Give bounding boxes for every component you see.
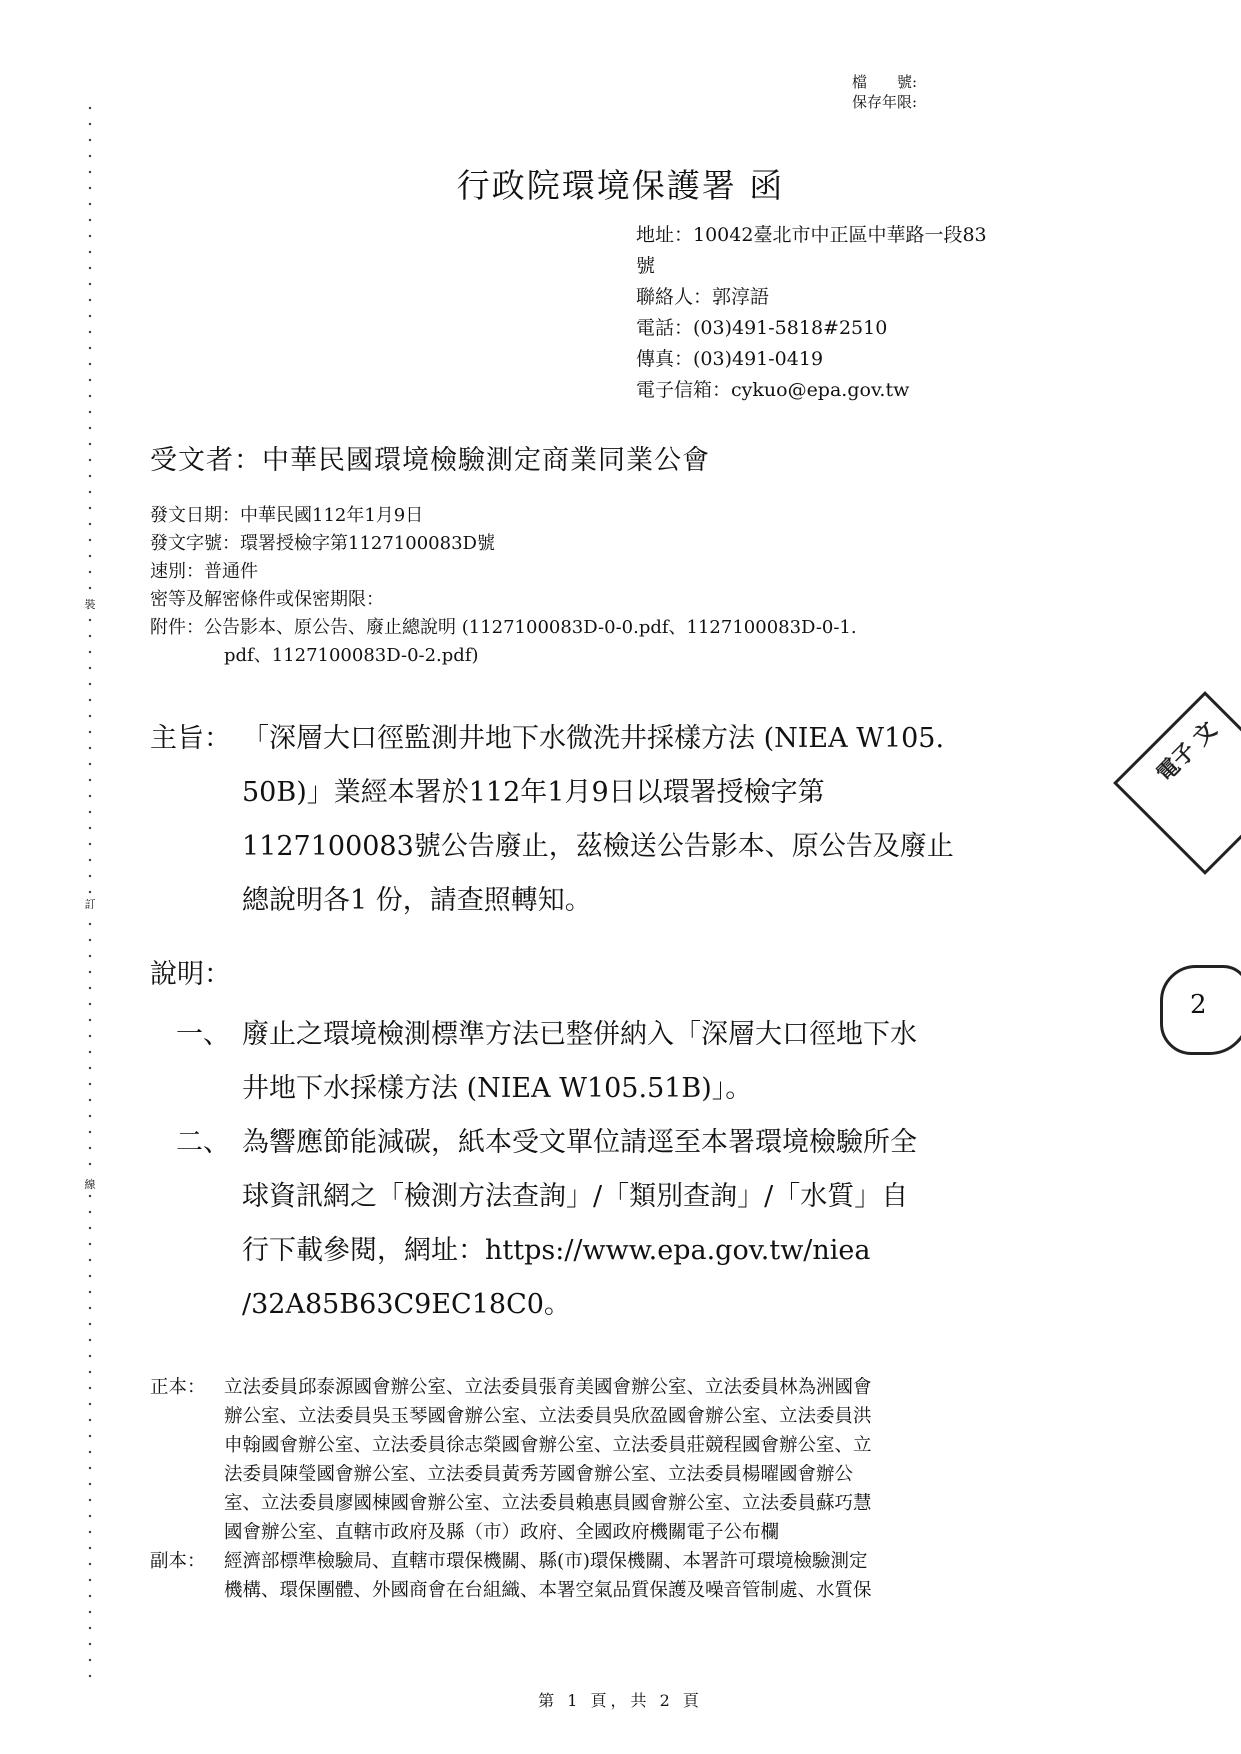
attachment-line1: 附件：公告影本、原公告、廢止總說明 (1127100083D-0-0.pdf、1… bbox=[150, 614, 1090, 642]
binding-label-xian: 線 bbox=[80, 1178, 100, 1192]
subject-line: 1127100083號公告廢止，茲檢送公告影本、原公告及廢止 bbox=[242, 820, 1090, 874]
subject-line: 「深層大口徑監測井地下水微洗井採樣方法 (NIEA W105. bbox=[242, 712, 1090, 766]
copy-label: 副本： bbox=[150, 1547, 206, 1576]
secrecy-level: 密等及解密條件或保密期限： bbox=[150, 586, 1090, 614]
speed-class: 速別：普通件 bbox=[150, 558, 1090, 586]
subject-line: 50B)」業經本署於112年1月9日以環署授檢字第 bbox=[242, 766, 1090, 820]
document-title: 行政院環境保護署 函 bbox=[0, 160, 1241, 207]
distribution-section: 正本： 立法委員邱泰源國會辦公室、立法委員張育美國會辦公室、立法委員林為洲國會 … bbox=[150, 1373, 1110, 1605]
original-line: 室、立法委員廖國棟國會辦公室、立法委員賴惠員國會辦公室、立法委員蘇巧慧 bbox=[224, 1489, 1110, 1518]
original-line: 國會辦公室、直轄市政府及縣（市）政府、全國政府機關電子公布欄 bbox=[224, 1518, 1110, 1547]
explanation-item: 二、 為響應節能減碳，紙本受文單位請逕至本署環境檢驗所全 球資訊網之「檢測方法查… bbox=[150, 1116, 1090, 1332]
retention-label: 保存年限: bbox=[852, 92, 917, 112]
copy-recipients: 副本： 經濟部標準檢驗局、直轄市環保機關、縣(市)環保機關、本署許可環境檢驗測定… bbox=[150, 1547, 1110, 1605]
explanation-item-number: 二、 bbox=[176, 1116, 230, 1170]
sender-email: 電子信箱：cykuo@epa.gov.tw bbox=[636, 375, 1076, 406]
document-meta: 發文日期：中華民國112年1月9日 發文字號：環署授檢字第1127100083D… bbox=[150, 502, 1090, 670]
original-recipients: 正本： 立法委員邱泰源國會辦公室、立法委員張育美國會辦公室、立法委員林為洲國會 … bbox=[150, 1373, 1110, 1547]
sender-address-line1: 地址：10042臺北市中正區中華路一段83 bbox=[636, 220, 1076, 251]
document-number: 發文字號：環署授檢字第1127100083D號 bbox=[150, 530, 1090, 558]
sender-phone: 電話：(03)491-5818#2510 bbox=[636, 313, 1076, 344]
explanation-url-line[interactable]: /32A85B63C9EC18C0。 bbox=[242, 1278, 1090, 1332]
explanation-item-number: 一、 bbox=[176, 1008, 230, 1062]
subject-label: 主旨： bbox=[150, 712, 231, 766]
file-meta: 檔 號: 保存年限: bbox=[852, 72, 917, 112]
explanation-item: 一、 廢止之環境檢測標準方法已整併納入「深層大口徑地下水 井地下水採樣方法 (N… bbox=[150, 1008, 1090, 1116]
original-line: 立法委員邱泰源國會辦公室、立法委員張育美國會辦公室、立法委員林為洲國會 bbox=[224, 1373, 1110, 1402]
explanation-section: 一、 廢止之環境檢測標準方法已整併納入「深層大口徑地下水 井地下水採樣方法 (N… bbox=[150, 1008, 1090, 1332]
sender-fax: 傳真：(03)491-0419 bbox=[636, 344, 1076, 375]
copy-line: 機構、環保團體、外國商會在台組織、本署空氣品質保護及噪音管制處、水質保 bbox=[224, 1576, 1110, 1605]
sender-contact: 聯絡人：郭淳語 bbox=[636, 282, 1076, 313]
attachment-line2: pdf、1127100083D-0-2.pdf) bbox=[150, 642, 1090, 670]
explanation-line: 為響應節能減碳，紙本受文單位請逕至本署環境檢驗所全 bbox=[242, 1116, 1090, 1170]
binding-margin-dots bbox=[88, 100, 92, 1690]
page-indicator: 第 1 頁，共 2 頁 bbox=[0, 1688, 1241, 1711]
recipient: 受文者：中華民國環境檢驗測定商業同業公會 bbox=[150, 438, 710, 477]
subject-section: 主旨： 「深層大口徑監測井地下水微洗井採樣方法 (NIEA W105. 50B)… bbox=[150, 712, 1090, 928]
copy-line: 經濟部標準檢驗局、直轄市環保機關、縣(市)環保機關、本署許可環境檢驗測定 bbox=[224, 1547, 1110, 1576]
binding-label-ding: 訂 bbox=[80, 898, 100, 912]
explanation-line: 井地下水採樣方法 (NIEA W105.51B)」。 bbox=[242, 1062, 1090, 1116]
explanation-line: 廢止之環境檢測標準方法已整併納入「深層大口徑地下水 bbox=[242, 1008, 1090, 1062]
file-number-label: 檔 號: bbox=[852, 72, 917, 92]
sender-address-line2: 號 bbox=[636, 251, 1076, 282]
original-line: 法委員陳瑩國會辦公室、立法委員黃秀芳國會辦公室、立法委員楊曜國會辦公 bbox=[224, 1460, 1110, 1489]
explanation-label: 說明： bbox=[150, 952, 231, 991]
original-label: 正本： bbox=[150, 1373, 206, 1402]
subject-line: 總說明各1 份，請查照轉知。 bbox=[242, 874, 1090, 928]
binding-label-zhuang: 裝 bbox=[80, 598, 100, 612]
explanation-line: 球資訊網之「檢測方法查詢」/「類別查詢」/「水質」自 bbox=[242, 1170, 1090, 1224]
explanation-url-line[interactable]: 行下載參閱，網址：https://www.epa.gov.tw/niea bbox=[242, 1224, 1090, 1278]
issue-date: 發文日期：中華民國112年1月9日 bbox=[150, 502, 1090, 530]
original-line: 申翰國會辦公室、立法委員徐志榮國會辦公室、立法委員莊競程國會辦公室、立 bbox=[224, 1431, 1110, 1460]
sender-info: 地址：10042臺北市中正區中華路一段83 號 聯絡人：郭淳語 電話：(03)4… bbox=[636, 220, 1076, 406]
original-line: 辦公室、立法委員吳玉琴國會辦公室、立法委員吳欣盈國會辦公室、立法委員洪 bbox=[224, 1402, 1110, 1431]
gear-stamp-number: 2 bbox=[1190, 990, 1207, 1020]
electronic-seal-stamp-icon bbox=[1113, 691, 1241, 875]
